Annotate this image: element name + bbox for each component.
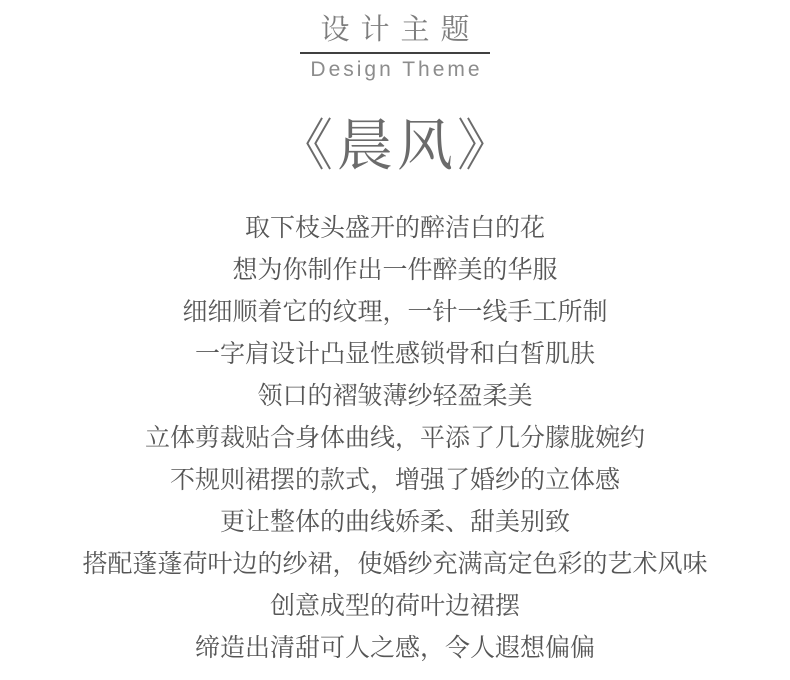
body-line: 更让整体的曲线娇柔、甜美别致 <box>0 502 790 544</box>
design-theme-page: 设计主题 Design Theme 《晨风》 取下枝头盛开的醉洁白的花 想为你制… <box>0 0 790 680</box>
body-line: 搭配蓬蓬荷叶边的纱裙，使婚纱充满高定色彩的艺术风味 <box>0 544 790 586</box>
body-line: 想为你制作出一件醉美的华服 <box>0 250 790 292</box>
body-line: 不规则裙摆的款式，增强了婚纱的立体感 <box>0 460 790 502</box>
header-title-english: Design Theme <box>0 57 790 83</box>
body-line: 一字肩设计凸显性感锁骨和白皙肌肤 <box>0 334 790 376</box>
header-divider <box>300 52 490 54</box>
description-block: 取下枝头盛开的醉洁白的花 想为你制作出一件醉美的华服 细细顺着它的纹理，一针一线… <box>0 208 790 670</box>
body-line: 缔造出清甜可人之感，令人遐想偏偏 <box>0 628 790 670</box>
page-header: 设计主题 Design Theme <box>0 12 790 83</box>
body-line: 细细顺着它的纹理，一针一线手工所制 <box>0 292 790 334</box>
header-title-chinese: 设计主题 <box>0 12 790 48</box>
body-line: 立体剪裁贴合身体曲线，平添了几分朦胧婉约 <box>0 418 790 460</box>
body-line: 领口的褶皱薄纱轻盈柔美 <box>0 376 790 418</box>
body-line: 取下枝头盛开的醉洁白的花 <box>0 208 790 250</box>
theme-title: 《晨风》 <box>0 113 790 181</box>
body-line: 创意成型的荷叶边裙摆 <box>0 586 790 628</box>
